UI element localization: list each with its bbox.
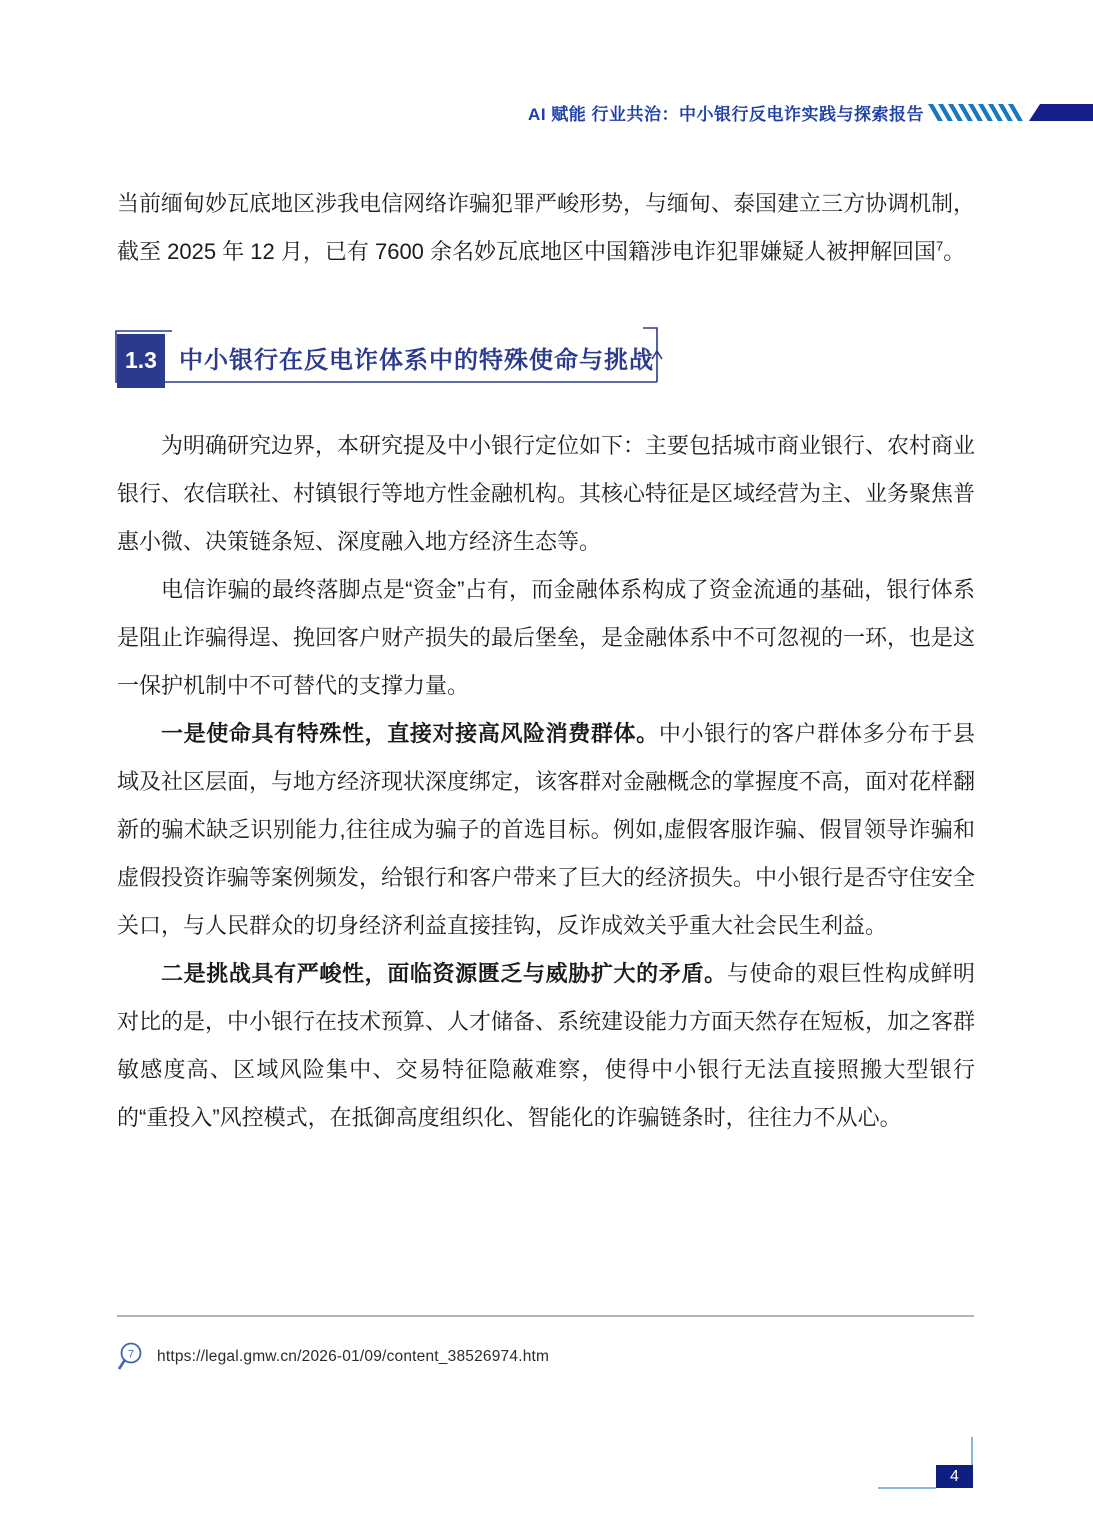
footnote-divider	[117, 1315, 974, 1317]
intro-text: 当前缅甸妙瓦底地区涉我电信网络诈骗犯罪严峻形势，与缅甸、泰国建立三方协调机制，截…	[117, 191, 975, 264]
paragraph-bold-lead: 二是挑战具有严峻性，面临资源匮乏与威胁扩大的矛盾。	[161, 961, 727, 986]
section-heading: 1.3 中小银行在反电诈体系中的特殊使命与挑战	[117, 334, 654, 388]
intro-paragraph: 当前缅甸妙瓦底地区涉我电信网络诈骗犯罪严峻形势，与缅甸、泰国建立三方协调机制，截…	[117, 180, 975, 276]
paragraph-bold-lead: 一是使命具有特殊性，直接对接高风险消费群体。	[161, 721, 659, 746]
paragraph-text: 为明确研究边界，本研究提及中小银行定位如下：主要包括城市商业银行、农村商业银行、…	[117, 433, 975, 554]
magnifier-footnote-icon: 7	[115, 1341, 145, 1373]
intro-period: 。	[943, 239, 965, 264]
report-page: AI 赋能 行业共治：中小银行反电诈实践与探索报告 当前缅甸妙瓦底地区涉我电信网…	[0, 0, 1093, 1536]
paragraph-text: 与使命的艰巨性构成鲜明对比的是，中小银行在技术预算、人才储备、系统建设能力方面天…	[117, 961, 975, 1130]
body-paragraph: 电信诈骗的最终落脚点是“资金”占有，而金融体系构成了资金流通的基础，银行体系是阻…	[117, 566, 975, 710]
header-title: AI 赋能 行业共治：中小银行反电诈实践与探索报告	[528, 100, 924, 125]
diagonal-stripes-icon	[933, 104, 1023, 121]
footnote-url-link[interactable]: https://legal.gmw.cn/2026-01/09/content_…	[157, 1348, 549, 1366]
document-body: 当前缅甸妙瓦底地区涉我电信网络诈骗犯罪严峻形势，与缅甸、泰国建立三方协调机制，截…	[117, 180, 975, 1142]
body-paragraph: 二是挑战具有严峻性，面临资源匮乏与威胁扩大的矛盾。与使命的艰巨性构成鲜明对比的是…	[117, 950, 975, 1142]
page-number-badge: 4	[936, 1465, 973, 1488]
section-title: 中小银行在反电诈体系中的特殊使命与挑战	[179, 337, 654, 385]
svg-text:7: 7	[128, 1349, 134, 1361]
body-paragraph: 一是使命具有特殊性，直接对接高风险消费群体。中小银行的客户群体多分布于县域及社区…	[117, 710, 975, 950]
paragraph-text: 中小银行的客户群体多分布于县域及社区层面，与地方经济现状深度绑定，该客群对金融概…	[117, 721, 975, 938]
page-number-horizontal-line	[878, 1487, 936, 1489]
paragraph-text: 电信诈骗的最终落脚点是“资金”占有，而金融体系构成了资金流通的基础，银行体系是阻…	[117, 577, 975, 698]
body-paragraph: 为明确研究边界，本研究提及中小银行定位如下：主要包括城市商业银行、农村商业银行、…	[117, 422, 975, 566]
page-number-vertical-line	[971, 1437, 973, 1467]
header-navy-band	[1029, 104, 1093, 121]
section-number-badge: 1.3	[117, 334, 165, 388]
header-stripe-decoration	[933, 104, 1093, 121]
footnote: 7 https://legal.gmw.cn/2026-01/09/conten…	[115, 1341, 549, 1373]
page-header: AI 赋能 行业共治：中小银行反电诈实践与探索报告	[0, 100, 1093, 125]
